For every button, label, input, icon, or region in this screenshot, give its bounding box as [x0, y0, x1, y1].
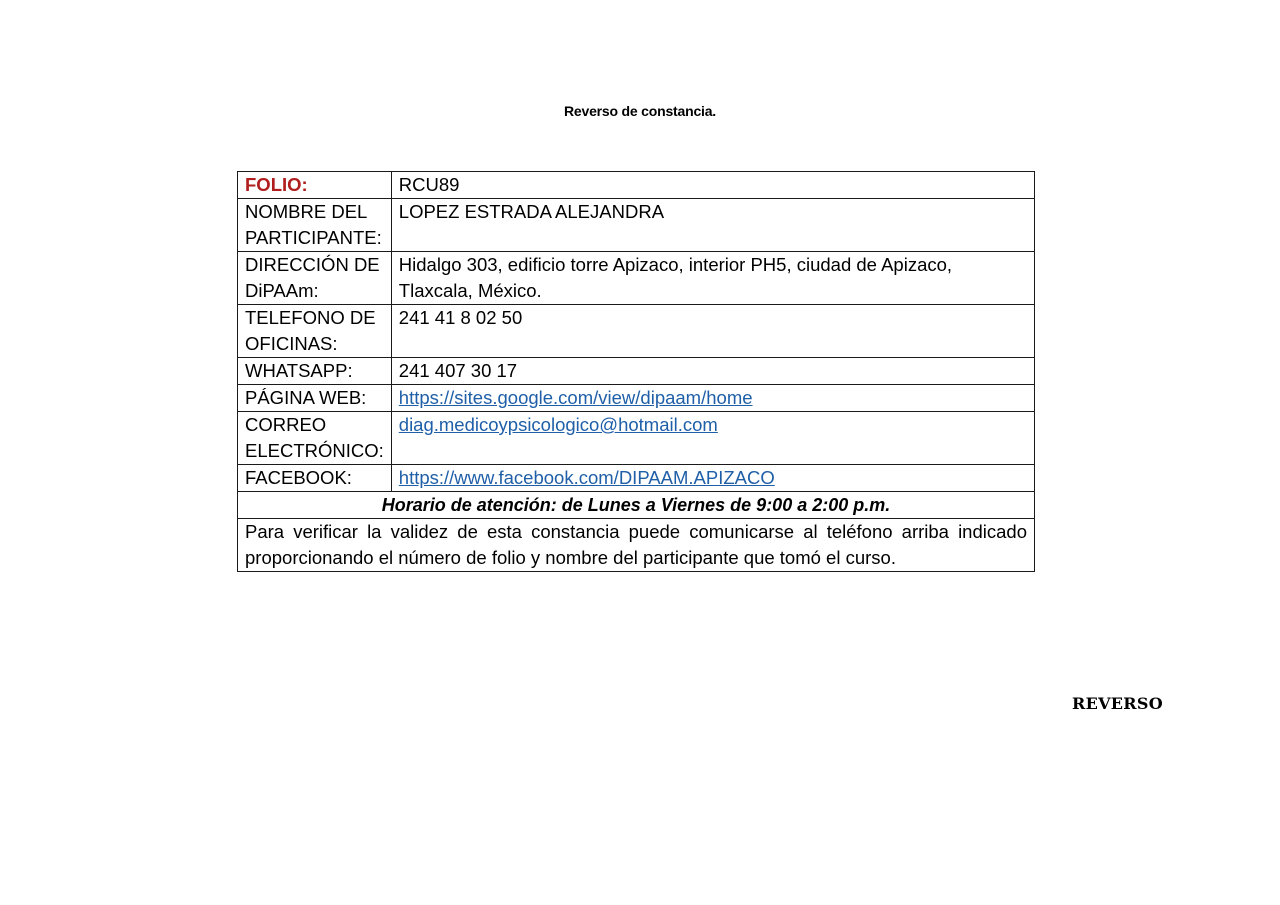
table-row-note: Para verificar la validez de esta consta…: [238, 519, 1035, 572]
table-row-office-phone: TELEFONO DE OFICINAS: 241 41 8 02 50: [238, 305, 1035, 358]
whatsapp-label: WHATSAPP:: [238, 358, 392, 385]
table-row-website: PÁGINA WEB: https://sites.google.com/vie…: [238, 385, 1035, 412]
verification-note: Para verificar la validez de esta consta…: [238, 519, 1035, 572]
table-row-folio: FOLIO: RCU89: [238, 172, 1035, 199]
table-row-facebook: FACEBOOK: https://www.facebook.com/DIPAA…: [238, 465, 1035, 492]
reverso-tag: REVERSO: [1072, 694, 1163, 713]
participant-label: NOMBRE DEL PARTICIPANTE:: [238, 199, 392, 252]
table-row-whatsapp: WHATSAPP: 241 407 30 17: [238, 358, 1035, 385]
email-label-line-2: ELECTRÓNICO:: [245, 438, 384, 464]
email-label: CORREO ELECTRÓNICO:: [238, 412, 392, 465]
website-cell: https://sites.google.com/view/dipaam/hom…: [391, 385, 1034, 412]
website-label: PÁGINA WEB:: [238, 385, 392, 412]
address-label: DIRECCIÓN DE DiPAAm:: [238, 252, 392, 305]
office-phone-label-line-1: TELEFONO DE: [245, 305, 384, 331]
whatsapp-value: 241 407 30 17: [391, 358, 1034, 385]
participant-value: LOPEZ ESTRADA ALEJANDRA: [391, 199, 1034, 252]
address-label-line-1: DIRECCIÓN DE: [245, 252, 384, 278]
address-value-line-1: Hidalgo 303, edificio torre Apizaco, int…: [399, 252, 1027, 278]
participant-label-line-2: PARTICIPANTE:: [245, 225, 384, 251]
address-value-line-2: Tlaxcala, México.: [399, 278, 1027, 304]
facebook-link[interactable]: https://www.facebook.com/DIPAAM.APIZACO: [399, 467, 775, 488]
office-phone-label-line-2: OFICINAS:: [245, 331, 384, 357]
table-row-email: CORREO ELECTRÓNICO: diag.medicoypsicolog…: [238, 412, 1035, 465]
folio-label: FOLIO:: [238, 172, 392, 199]
email-label-line-1: CORREO: [245, 412, 384, 438]
address-value: Hidalgo 303, edificio torre Apizaco, int…: [391, 252, 1034, 305]
document-title: Reverso de constancia.: [0, 103, 1280, 119]
email-link[interactable]: diag.medicoypsicologico@hotmail.com: [399, 414, 718, 435]
participant-label-line-1: NOMBRE DEL: [245, 199, 384, 225]
table-row-participant: NOMBRE DEL PARTICIPANTE: LOPEZ ESTRADA A…: [238, 199, 1035, 252]
folio-value: RCU89: [391, 172, 1034, 199]
facebook-cell: https://www.facebook.com/DIPAAM.APIZACO: [391, 465, 1034, 492]
office-phone-label: TELEFONO DE OFICINAS:: [238, 305, 392, 358]
table-row-address: DIRECCIÓN DE DiPAAm: Hidalgo 303, edific…: [238, 252, 1035, 305]
schedule-text: Horario de atención: de Lunes a Viernes …: [238, 492, 1035, 519]
office-phone-value: 241 41 8 02 50: [391, 305, 1034, 358]
table-row-schedule: Horario de atención: de Lunes a Viernes …: [238, 492, 1035, 519]
email-cell: diag.medicoypsicologico@hotmail.com: [391, 412, 1034, 465]
address-label-line-2: DiPAAm:: [245, 278, 384, 304]
facebook-label: FACEBOOK:: [238, 465, 392, 492]
website-link[interactable]: https://sites.google.com/view/dipaam/hom…: [399, 387, 753, 408]
certificate-info-table: FOLIO: RCU89 NOMBRE DEL PARTICIPANTE: LO…: [237, 171, 1035, 572]
